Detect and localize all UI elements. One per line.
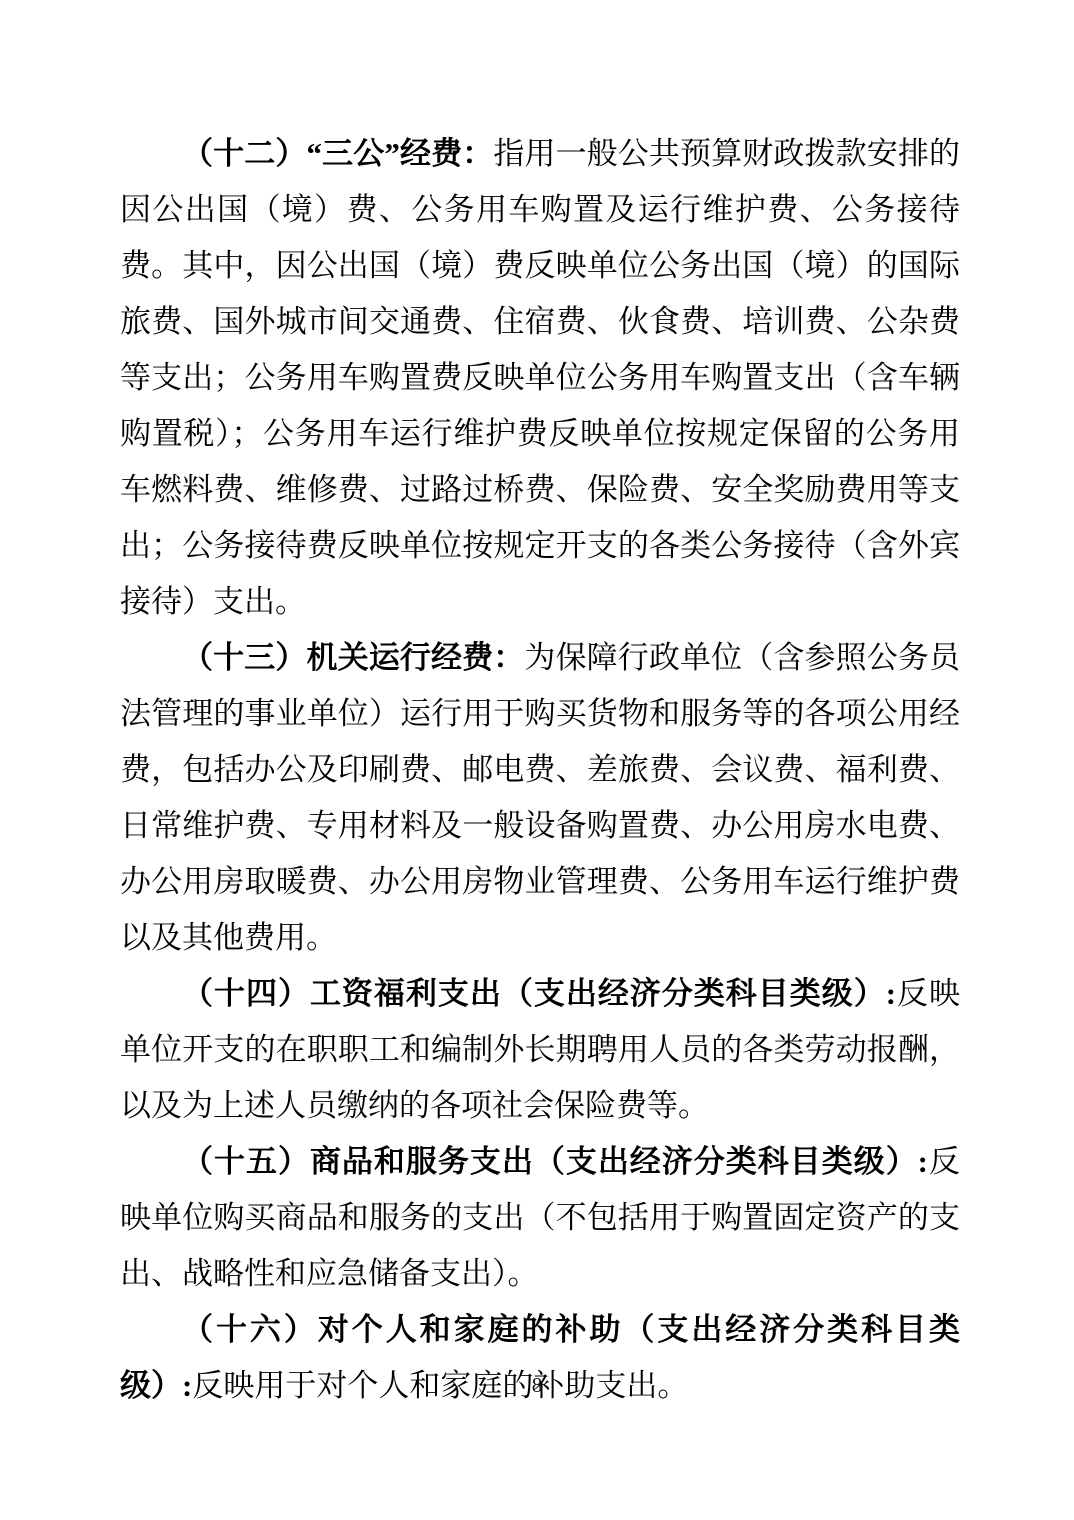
paragraph-item-14: （十四）工资福利支出（支出经济分类科目类级）:反映单位开支的在职职工和编制外长期…: [120, 966, 960, 1134]
page-number: 8: [0, 1370, 1074, 1400]
paragraph-item-13-heading: （十三）机关运行经费：: [182, 640, 524, 675]
document-page: （十二）“三公”经费：指用一般公共预算财政拨款安排的因公出国（境）费、公务用车购…: [0, 0, 1074, 1520]
paragraph-item-12-text: 指用一般公共预算财政拨款安排的因公出国（境）费、公务用车购置及运行维护费、公务接…: [120, 136, 960, 619]
document-body: （十二）“三公”经费：指用一般公共预算财政拨款安排的因公出国（境）费、公务用车购…: [120, 126, 960, 1414]
paragraph-item-15-heading: （十五）商品和服务支出（支出经济分类科目类级）:: [182, 1144, 928, 1179]
paragraph-item-13: （十三）机关运行经费：为保障行政单位（含参照公务员法管理的事业单位）运行用于购买…: [120, 630, 960, 966]
paragraph-item-13-text: 为保障行政单位（含参照公务员法管理的事业单位）运行用于购买货物和服务等的各项公用…: [120, 640, 960, 955]
paragraph-item-14-heading: （十四）工资福利支出（支出经济分类科目类级）:: [182, 976, 896, 1011]
paragraph-item-12: （十二）“三公”经费：指用一般公共预算财政拨款安排的因公出国（境）费、公务用车购…: [120, 126, 960, 630]
paragraph-item-12-heading: （十二）“三公”经费：: [182, 136, 493, 171]
paragraph-item-15: （十五）商品和服务支出（支出经济分类科目类级）:反映单位购买商品和服务的支出（不…: [120, 1134, 960, 1302]
